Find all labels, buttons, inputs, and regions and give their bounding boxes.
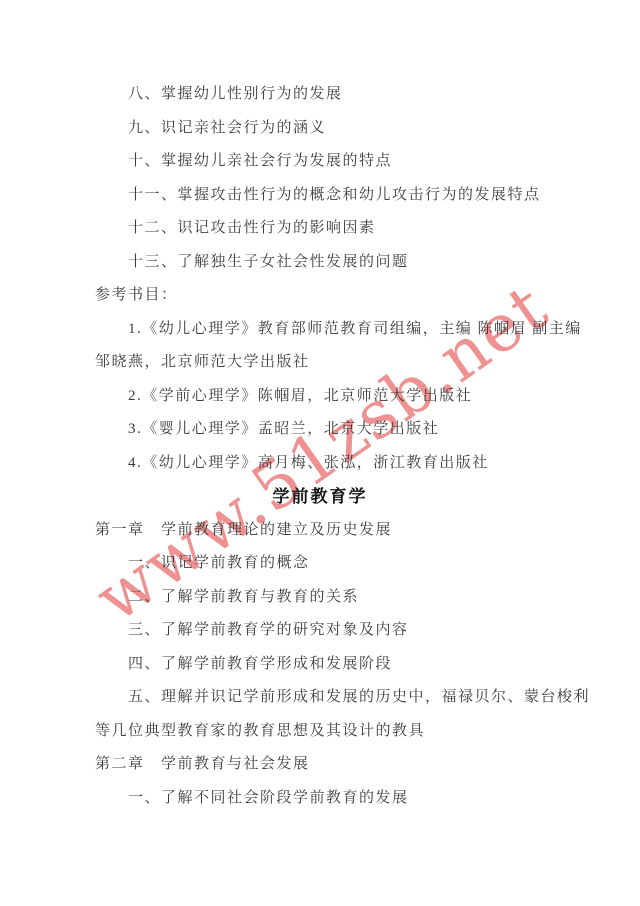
text-line: 十、掌握幼儿亲社会行为发展的特点 [95, 145, 545, 179]
text-line: 3.《婴儿心理学》孟昭兰，北京大学出版社 [95, 413, 545, 447]
text-line: 十一、掌握攻击性行为的概念和幼儿攻击行为的发展特点 [95, 179, 545, 213]
text-line: 一、识记学前教育的概念 [95, 547, 545, 581]
text-line: 三、了解学前教育学的研究对象及内容 [95, 614, 545, 648]
text-line: 第二章 学前教育与社会发展 [95, 748, 545, 782]
text-line: 邹晓燕，北京师范大学出版社 [95, 346, 545, 380]
text-line: 四、了解学前教育学形成和发展阶段 [95, 648, 545, 682]
text-line: 五、理解并识记学前形成和发展的历史中，福禄贝尔、蒙台梭利 [95, 681, 545, 715]
text-line: 2.《学前心理学》陈帼眉，北京师范大学出版社 [95, 380, 545, 414]
section-heading: 学前教育学 [95, 480, 545, 514]
text-line: 第一章 学前教育理论的建立及历史发展 [95, 514, 545, 548]
document-text-body: 八、掌握幼儿性别行为的发展九、识记亲社会行为的涵义十、掌握幼儿亲社会行为发展的特… [95, 78, 545, 815]
text-line: 一、了解不同社会阶段学前教育的发展 [95, 782, 545, 816]
text-line: 九、识记亲社会行为的涵义 [95, 112, 545, 146]
text-line: 参考书目： [95, 279, 545, 313]
text-line: 1.《幼儿心理学》教育部师范教育司组编，主编 陈帼眉 副主编 [95, 313, 545, 347]
text-line: 4.《幼儿心理学》高月梅、张泓，浙江教育出版社 [95, 447, 545, 481]
text-line: 十二、识记攻击性行为的影响因素 [95, 212, 545, 246]
document-page: 八、掌握幼儿性别行为的发展九、识记亲社会行为的涵义十、掌握幼儿亲社会行为发展的特… [0, 0, 640, 815]
text-line: 十三、了解独生子女社会性发展的问题 [95, 246, 545, 280]
text-line: 等几位典型教育家的教育思想及其设计的教具 [95, 715, 545, 749]
text-line: 八、掌握幼儿性别行为的发展 [95, 78, 545, 112]
text-line: 二、了解学前教育与教育的关系 [95, 581, 545, 615]
